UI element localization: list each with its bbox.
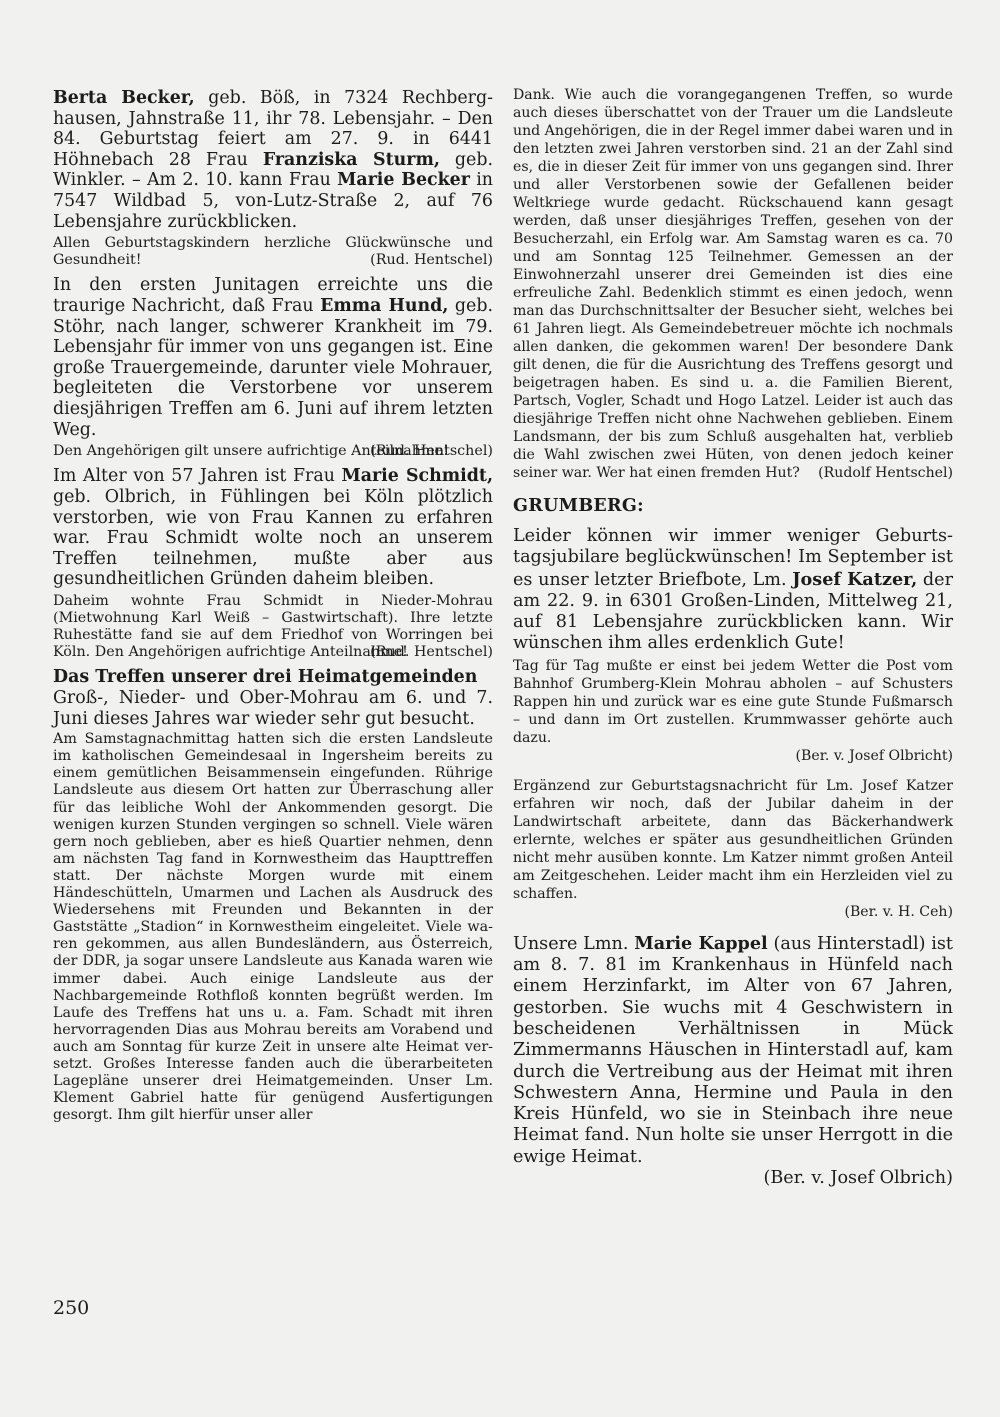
page-number: 250 [53, 1297, 89, 1319]
birthday-announcements: Berta Becker, geb. Böß, in 7324 Rechberg… [53, 88, 493, 232]
name-marie-kappel: Marie Kappel [634, 933, 768, 954]
name-franziska-sturm: Franziska Sturm, [263, 150, 440, 170]
birthday-josef-katzer: Leider können wir immer weniger Geburts­… [513, 526, 953, 655]
name-berta-becker: Berta Becker, [53, 88, 195, 108]
birthday-katzer-note: Tag für Tag mußte er einst bei jedem Wet… [513, 657, 953, 747]
meeting-body-continued: Dank. Wie auch die vorangegangenen Treff… [513, 86, 953, 482]
name-emma-hund: Emma Hund, [320, 296, 448, 316]
birthday-katzer-signature: (Ber. v. Josef Olbricht) [513, 747, 953, 765]
meeting-headline: Das Treffen unserer drei Heimatgemeinden [53, 667, 493, 688]
right-column: Dank. Wie auch die vorangegangenen Treff… [513, 86, 953, 1189]
name-josef-katzer: Josef Katzer, [792, 569, 917, 590]
obituary-kappel-signature: (Ber. v. Josef Olbrich) [513, 1168, 953, 1189]
katzer-addendum: Ergänzend zur Geburtstagsnachricht für L… [513, 777, 953, 903]
obituary-marie-schmidt: Im Alter von 57 Jahren ist Frau Marie Sc… [53, 466, 493, 590]
name-marie-becker: Marie Becker [337, 170, 470, 190]
meeting-body: Am Samstagnachmittag hatten sich die ers… [53, 731, 493, 1124]
obituary-marie-kappel: Unsere Lmn. Marie Kappel (aus Hinterstad… [513, 933, 953, 1168]
obituary-emma-hund: In den ersten Junitagen erreichte uns di… [53, 275, 493, 440]
section-title-grumberg: GRUMBERG: [513, 496, 953, 516]
addendum-signature: (Ber. v. H. Ceh) [513, 903, 953, 921]
left-column: Berta Becker, geb. Böß, in 7324 Rechberg… [53, 88, 493, 1124]
document-page: Berta Becker, geb. Böß, in 7324 Rechberg… [0, 0, 1000, 1417]
name-marie-schmidt: Marie Schmidt, [342, 466, 494, 486]
meeting-lead: Groß-, Nieder- und Ober-Mohrau am 6. und… [53, 688, 493, 729]
